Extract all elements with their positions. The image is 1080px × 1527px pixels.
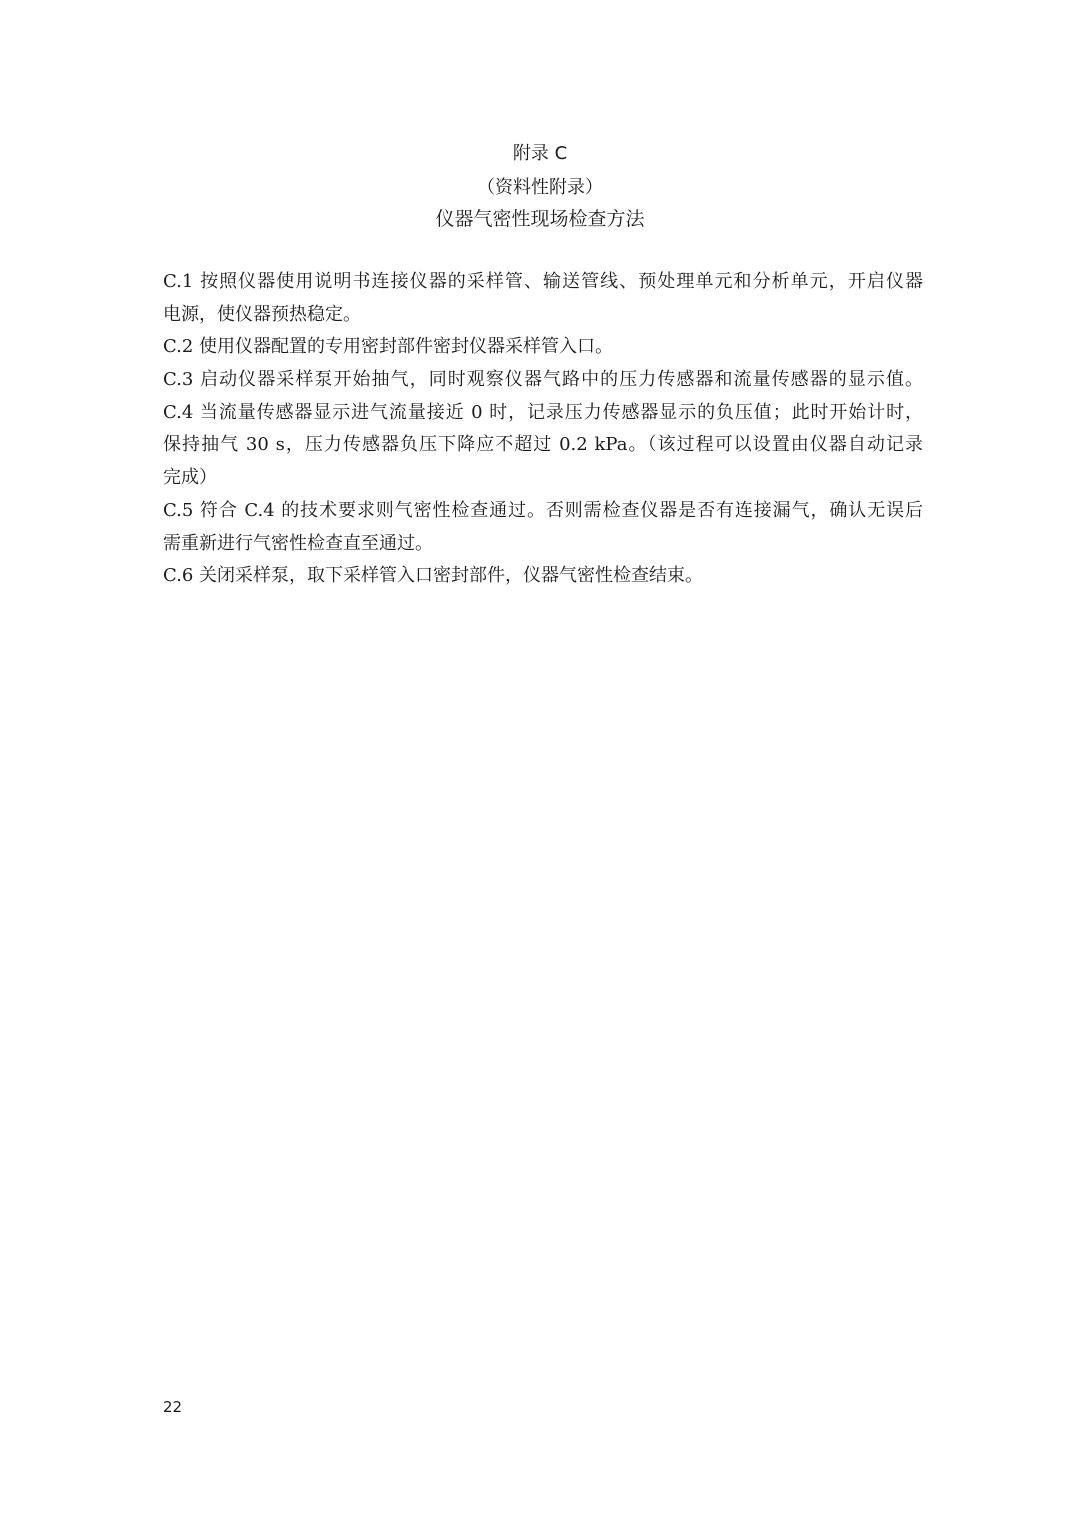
- section-heading: 仪器气密性现场检查方法: [0, 204, 1080, 231]
- appendix-type: （资料性附录）: [0, 173, 1080, 199]
- paragraph-line: 完成）: [163, 462, 923, 495]
- appendix-title: 附录 C: [0, 139, 1080, 165]
- paragraph-line: 需重新进行气密性检查直至通过。: [163, 528, 923, 561]
- paragraph-line: 电源，使仪器预热稳定。: [163, 299, 923, 332]
- paragraph-line: C.2 使用仪器配置的专用密封部件密封仪器采样管入口。: [163, 331, 923, 364]
- page-number: 22: [163, 1398, 182, 1416]
- paragraph-line: 保持抽气 30 s，压力传感器负压下降应不超过 0.2 kPa。（该过程可以设置…: [163, 429, 923, 462]
- paragraph-line: C.5 符合 C.4 的技术要求则气密性检查通过。否则需检查仪器是否有连接漏气，…: [163, 495, 923, 528]
- procedure-body: C.1 按照仪器使用说明书连接仪器的采样管、输送管线、预处理单元和分析单元，开启…: [163, 266, 923, 593]
- paragraph-line: C.4 当流量传感器显示进气流量接近 0 时，记录压力传感器显示的负压值；此时开…: [163, 397, 923, 430]
- paragraph-line: C.1 按照仪器使用说明书连接仪器的采样管、输送管线、预处理单元和分析单元，开启…: [163, 266, 923, 299]
- paragraph-line: C.3 启动仪器采样泵开始抽气，同时观察仪器气路中的压力传感器和流量传感器的显示…: [163, 364, 923, 397]
- paragraph-line: C.6 关闭采样泵，取下采样管入口密封部件，仪器气密性检查结束。: [163, 560, 923, 593]
